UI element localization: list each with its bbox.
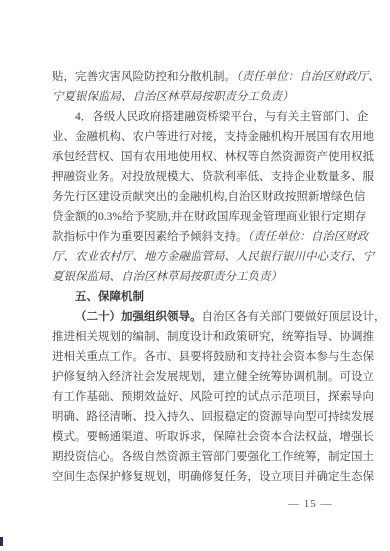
- text-run: 自治区各有关部门要做好顶层设计，: [202, 311, 386, 323]
- text-line: 押融资业务。对投放规模大、贷款利率低、支持企业数量多、服: [52, 167, 376, 187]
- text-line: 进相关重点工作。各市、县要将鼓励和支持社会资本参与生态保: [52, 347, 376, 367]
- text-run: 业、金融机构、农户等进行对接，支持金融机构开展国有农用地: [52, 131, 374, 143]
- text-run: 夏银保监局、自治区林草局按职责分工负责）: [52, 271, 282, 283]
- text-run: 推进相关规划的编制、制度设计和政策研究，统筹指导、协调推: [52, 331, 374, 343]
- document-body: 贴，完善灾害风险防控和分散机制。（责任单位：自治区财政厅、宁夏银保监局、自治区林…: [52, 67, 376, 487]
- text-line: 贷金额的0.3%给予奖励,并在财政国库现金管理商业银行定期存: [52, 207, 376, 227]
- text-run: 厅、农业农村厅、地方金融监管局、人民银行银川中心支行、宁: [52, 251, 374, 263]
- text-run: 贴，完善灾害风险防控和分散机制。: [52, 71, 236, 83]
- text-line: 期投资信心。各级自然资源主管部门要强化工作统筹，制定国土: [52, 447, 376, 467]
- document-page: 贴，完善灾害风险防控和分散机制。（责任单位：自治区财政厅、宁夏银保监局、自治区林…: [0, 0, 390, 551]
- text-run: 4．各级人民政府搭建融资桥梁平台，与有关主管部门、企: [75, 111, 368, 123]
- text-run: 款指标中作为重要因素给予倾斜支持。: [52, 231, 248, 243]
- scan-edge-mark: [0, 537, 3, 546]
- text-line: 4．各级人民政府搭建融资桥梁平台，与有关主管部门、企: [52, 107, 376, 127]
- text-run: （责任单位：自治区财政厅、: [236, 71, 380, 83]
- text-run: 期投资信心。各级自然资源主管部门要强化工作统筹，制定国土: [52, 451, 374, 463]
- text-line: 款指标中作为重要因素给予倾斜支持。（责任单位：自治区财政: [52, 227, 376, 247]
- text-line: 业、金融机构、农户等进行对接，支持金融机构开展国有农用地: [52, 127, 376, 147]
- text-line: 贴，完善灾害风险防控和分散机制。（责任单位：自治区财政厅、: [52, 67, 376, 87]
- text-run: 有工作基础、预期效益好、风险可控的试点示范项目，探索导向: [52, 391, 374, 403]
- page-number: — 15 —: [288, 498, 333, 510]
- text-run: 明确、路径清晰、投入持久、回报稳定的资源导向型可持续发展: [52, 411, 374, 423]
- text-run: 贷金额的0.3%给予奖励,并在财政国库现金管理商业银行定期存: [52, 211, 366, 223]
- text-run: 护修复纳入经济社会发展规划，建立健全统筹协调机制。可设立: [52, 371, 374, 383]
- text-line: 务先行区建设贡献突出的金融机构,自治区财政按照新增绿色信: [52, 187, 376, 207]
- text-run: 务先行区建设贡献突出的金融机构,自治区财政按照新增绿色信: [52, 191, 365, 203]
- text-line: 推进相关规划的编制、制度设计和政策研究，统筹指导、协调推: [52, 327, 376, 347]
- text-line: 夏银保监局、自治区林草局按职责分工负责）: [52, 267, 376, 287]
- text-line: 承包经营权、国有农用地使用权、林权等自然资源资产使用权抵: [52, 147, 376, 167]
- text-line: 厅、农业农村厅、地方金融监管局、人民银行银川中心支行、宁: [52, 247, 376, 267]
- text-line: （二十）加强组织领导。自治区各有关部门要做好顶层设计，: [52, 307, 376, 327]
- text-line: 有工作基础、预期效益好、风险可控的试点示范项目，探索导向: [52, 387, 376, 407]
- text-run: 宁夏银保监局、自治区林草局按职责分工负责）: [52, 91, 294, 103]
- text-run: 空间生态保护修复规划，明确修复任务，设立项目并确定生态保: [52, 471, 374, 483]
- text-run: 五、保障机制: [75, 291, 144, 303]
- text-run: 押融资业务。对投放规模大、贷款利率低、支持企业数量多、服: [52, 171, 374, 183]
- text-line: 宁夏银保监局、自治区林草局按职责分工负责）: [52, 87, 376, 107]
- text-line: 明确、路径清晰、投入持久、回报稳定的资源导向型可持续发展: [52, 407, 376, 427]
- text-run: （二十）加强组织领导。: [75, 311, 202, 323]
- text-line: 空间生态保护修复规划，明确修复任务，设立项目并确定生态保: [52, 467, 376, 487]
- text-run: 进相关重点工作。各市、县要将鼓励和支持社会资本参与生态保: [52, 351, 374, 363]
- text-line: 模式。要畅通渠道、听取诉求，保障社会资本合法权益，增强长: [52, 427, 376, 447]
- text-line: 护修复纳入经济社会发展规划，建立健全统筹协调机制。可设立: [52, 367, 376, 387]
- text-run: 模式。要畅通渠道、听取诉求，保障社会资本合法权益，增强长: [52, 431, 374, 443]
- text-run: （责任单位：自治区财政: [248, 231, 369, 243]
- section-heading: 五、保障机制: [52, 287, 376, 307]
- text-run: 承包经营权、国有农用地使用权、林权等自然资源资产使用权抵: [52, 151, 374, 163]
